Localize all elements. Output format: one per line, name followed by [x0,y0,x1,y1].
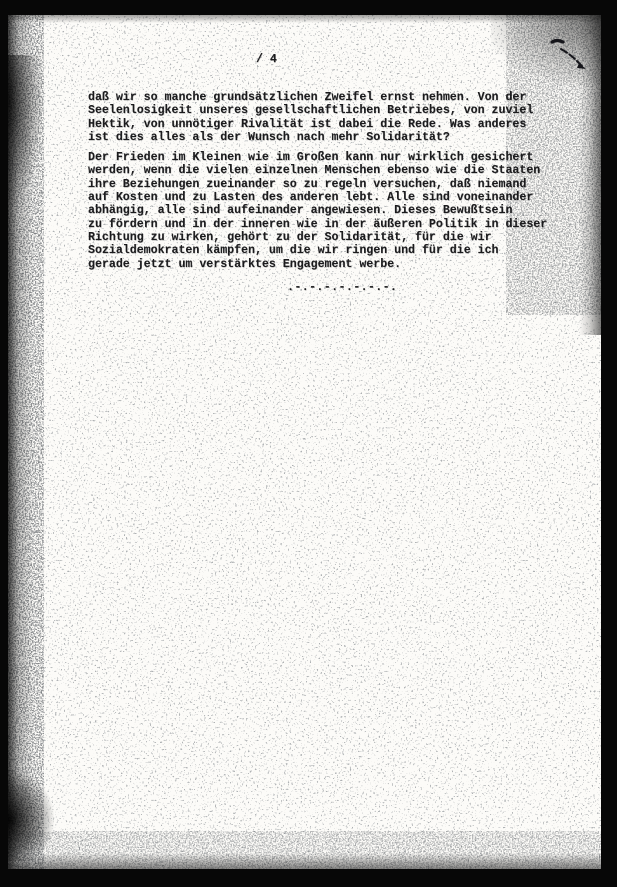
scan-blotch-bottom-left [8,769,54,861]
scanned-document: / 4 daß wir so manche grundsätzlichen Zw… [0,0,617,887]
paragraph-1: daß wir so manche grundsätzlichen Zweife… [88,91,533,144]
document-page: / 4 daß wir so manche grundsätzlichen Zw… [8,15,601,869]
scan-corner-shadow-top-right [491,15,601,85]
scan-edge-shadow-bottom [8,853,601,869]
scan-edge-shadow-left [8,15,38,869]
scan-edge-shadow-top [8,15,601,23]
pen-check-arrow-icon [546,33,598,79]
typed-separator-line: .-.-.-.-.-.-.-. [287,281,397,294]
paragraph-2: Der Frieden im Kleinen wie im Großen kan… [88,151,547,271]
scan-blotch-top-left [8,55,42,205]
page-number: / 4 [256,53,277,66]
scan-edge-shadow-right [575,15,601,335]
